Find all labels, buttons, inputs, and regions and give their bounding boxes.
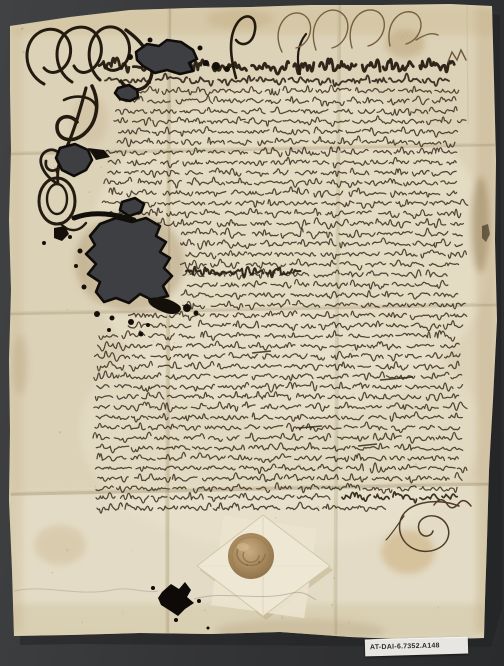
- archive-label-text: AT-DAI-6.7352.A148: [370, 642, 440, 651]
- manuscript-scan: [0, 0, 504, 666]
- wax-seal: [228, 533, 274, 579]
- manuscript-photo: AT-DAI-6.7352.A148 …org Annuerer, Maiste…: [0, 0, 504, 666]
- archive-label: AT-DAI-6.7352.A148: [365, 637, 468, 657]
